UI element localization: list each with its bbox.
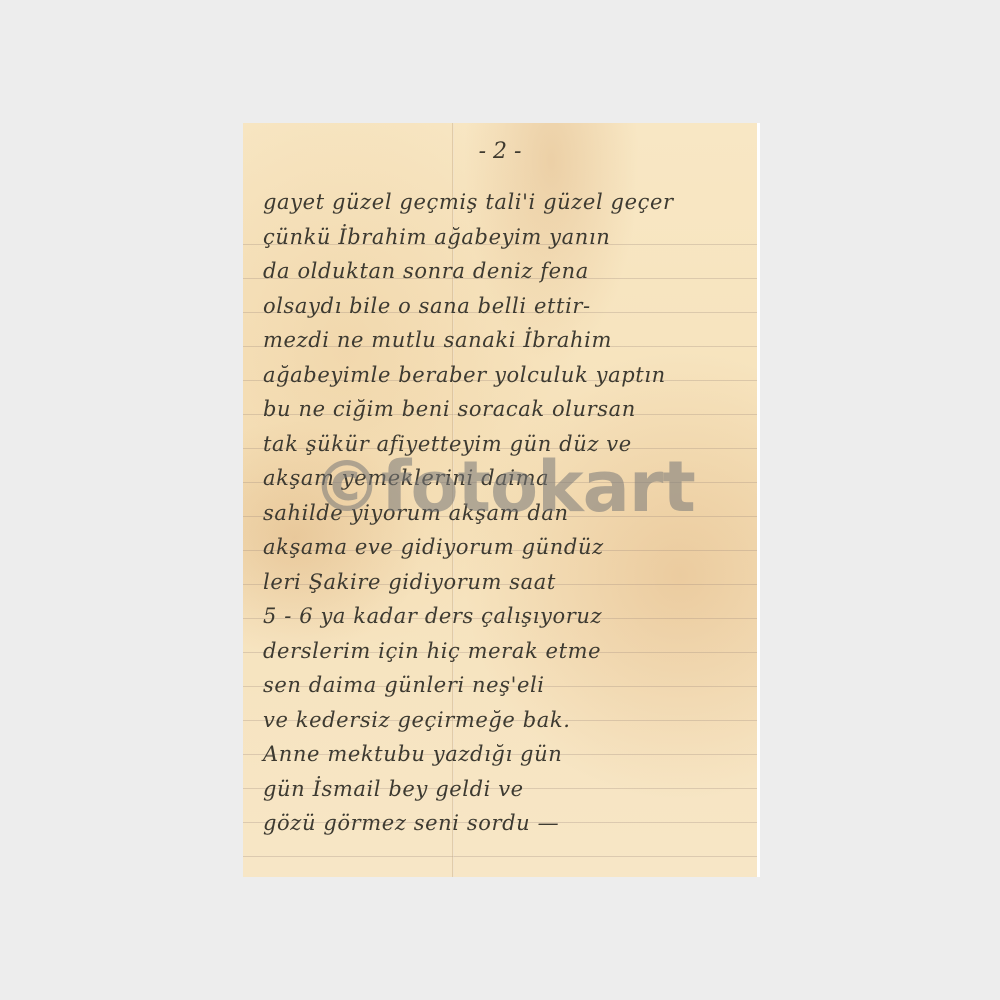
text-line: ağabeyimle beraber yolculuk yaptın [263,358,743,393]
text-line: sen daima günleri neş'eli [263,668,743,703]
text-line: gözü görmez seni sordu — [263,806,743,841]
page-number: - 2 - [243,139,757,164]
text-line: ve kedersiz geçirmeğe bak. [263,703,743,738]
text-line: derslerim için hiç merak etme [263,634,743,669]
text-line: bu ne ciğim beni soracak olursan [263,392,743,427]
text-line: akşama eve gidiyorum gündüz [263,530,743,565]
text-line: leri Şakire gidiyorum saat [263,565,743,600]
text-line: mezdi ne mutlu sanaki İbrahim [263,323,743,358]
text-line: gün İsmail bey geldi ve [263,772,743,807]
paper-edge [757,123,760,877]
text-line: Anne mektubu yazdığı gün [263,737,743,772]
text-line: çünkü İbrahim ağabeyim yanın [263,220,743,255]
watermark: ©fotokart [312,452,692,522]
text-line: olsaydı bile o sana belli ettir- [263,289,743,324]
text-line: gayet güzel geçmiş tali'i güzel geçer [263,185,743,220]
text-line: 5 - 6 ya kadar ders çalışıyoruz [263,599,743,634]
text-line: da olduktan sonra deniz fena [263,254,743,289]
